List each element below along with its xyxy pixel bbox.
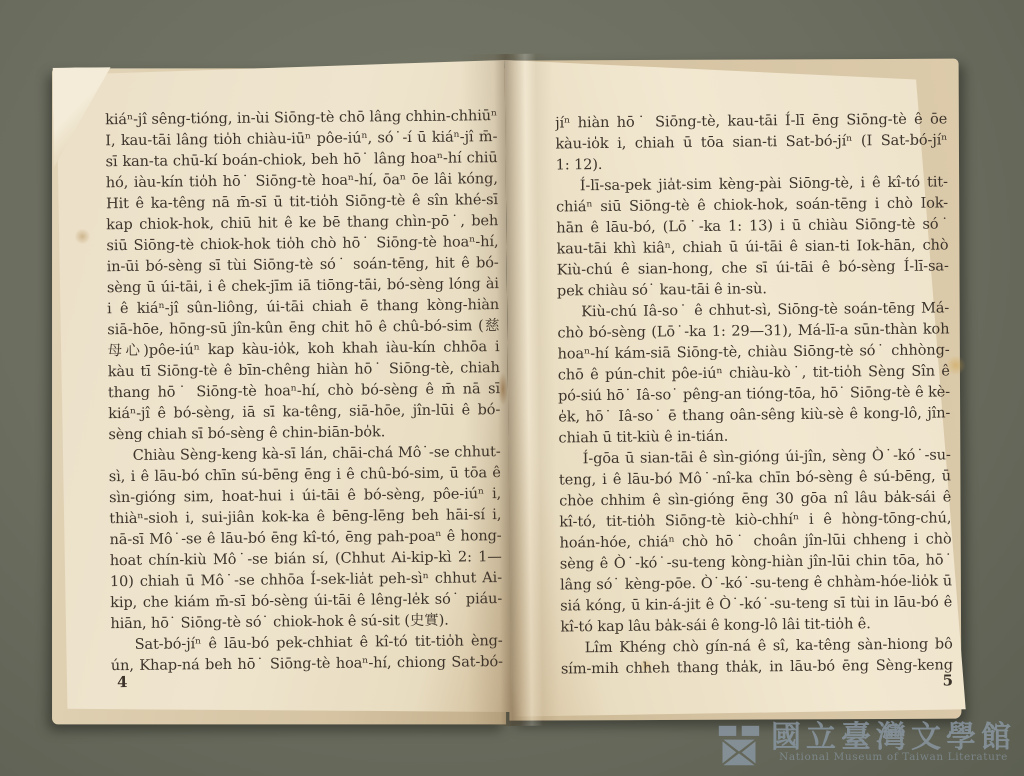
left-page-text: kiáⁿ-jî sêng-tióng, in-ùi Siōng-tè chō l… — [105, 106, 503, 677]
page-number-right: 5 — [909, 671, 953, 689]
text-line: Kiù-chú ê sian-hong, che sī úi-tāi ê bó-… — [557, 256, 949, 281]
text-line: sím-mih chheh thang tha̍k, in lāu-bó ēng… — [561, 655, 953, 680]
watermark-text: 國立臺灣文學館 National Museum of Taiwan Litera… — [771, 722, 1016, 763]
text-line: kiáⁿ-jî ê bó-sèng, iā sī ka-têng, siā-hō… — [108, 400, 500, 425]
text-line: e̍k, hō˙ Iâ-so˙ ē thang oân-sêng kiù-sè … — [558, 403, 950, 428]
open-book: kiáⁿ-jî sêng-tióng, in-ùi Siōng-tè chō l… — [47, 49, 970, 731]
watermark-title: 國立臺灣文學館 — [771, 722, 1016, 754]
text-line: siá kóng, ū kin-á-jit ê Ò˙-kó˙-su-teng s… — [560, 592, 952, 617]
watermark-subtitle: National Museum of Taiwan Literature — [779, 751, 1008, 763]
museum-watermark: 國立臺灣文學館 National Museum of Taiwan Litera… — [717, 722, 1016, 772]
right-page-text: jíⁿ hiàn hō˙ Siōng-tè, kau-tāi Í-lī ēng … — [555, 109, 953, 680]
book-photo: kiáⁿ-jî sêng-tióng, in-ùi Siōng-tè chō l… — [0, 0, 1024, 776]
text-line: ún, Khap-ná beh hō˙ Siōng-tè hoaⁿ-hí, ch… — [111, 652, 503, 677]
text-line: kàu-io̍k i, chiah ū tōa sian-ti Sat-bó-j… — [555, 130, 947, 155]
museum-logo-icon — [717, 724, 761, 772]
page-number-left: 4 — [117, 673, 128, 691]
